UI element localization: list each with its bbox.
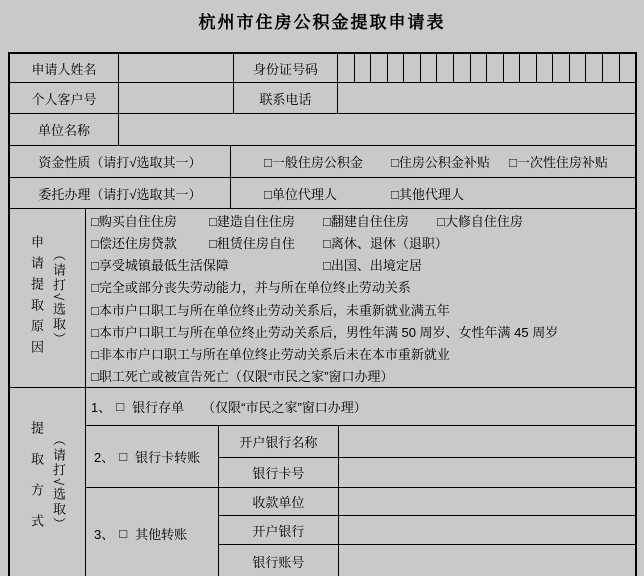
- reason-line: □购买自住住房 □建造自住住房 □翻建自住住房 □大修自住住房: [86, 209, 635, 231]
- method-3-checkbox[interactable]: □: [119, 526, 127, 541]
- method-3-fields: 收款单位 开户银行 银行账号: [218, 488, 635, 576]
- reasons-options: □购买自住住房 □建造自住住房 □翻建自住住房 □大修自住住房 □偿还住房贷款 …: [85, 209, 635, 387]
- bank-account-no-label: 银行账号: [219, 545, 338, 576]
- fund-nature-option-checkbox[interactable]: □一次性住房补贴: [509, 152, 608, 171]
- fund-nature-option-checkbox[interactable]: □一般住房公积金: [264, 152, 391, 171]
- reason-option-checkbox[interactable]: □租赁住房自住: [209, 233, 323, 252]
- entrust-option-checkbox[interactable]: □单位代理人: [264, 184, 391, 203]
- id-digit-box[interactable]: [420, 54, 437, 82]
- row-employer-name: 单位名称: [10, 113, 635, 145]
- method-label-text: 提取方式: [30, 421, 43, 545]
- reason-option-checkbox[interactable]: □完全或部分丧失劳动能力，并与所在单位终止劳动关系: [91, 277, 411, 296]
- field-row: 银行账号: [219, 544, 635, 576]
- row-fund-nature: 资金性质（请打√选取其一） □一般住房公积金 □住房公积金补贴 □一次性住房补贴: [10, 145, 635, 177]
- reason-line: □职工死亡或被宣告死亡（仅限“市民之家”窗口办理）: [86, 365, 635, 387]
- id-digit-box[interactable]: [552, 54, 569, 82]
- fund-nature-options: □一般住房公积金 □住房公积金补贴 □一次性住房补贴: [230, 146, 635, 177]
- entrust-option-checkbox[interactable]: □其他代理人: [391, 184, 464, 203]
- reason-option-checkbox[interactable]: □建造自住住房: [209, 211, 323, 230]
- method-2-checkbox[interactable]: □: [119, 449, 127, 464]
- reason-option-checkbox[interactable]: □离休、退休（退职）: [323, 233, 448, 252]
- id-number-boxes: [337, 54, 635, 82]
- id-digit-box[interactable]: [453, 54, 470, 82]
- contact-phone-value-cell[interactable]: [337, 83, 635, 113]
- reason-option-checkbox[interactable]: □翻建自住住房: [323, 211, 437, 230]
- row-entrust: 委托办理（请打√选取其一） □单位代理人 □其他代理人: [10, 177, 635, 208]
- reason-line: □完全或部分丧失劳动能力，并与所在单位终止劳动关系: [86, 276, 635, 298]
- row-customer-no: 个人客户号 联系电话: [10, 82, 635, 113]
- entrust-label: 委托办理（请打√选取其一）: [10, 178, 230, 208]
- entrust-options: □单位代理人 □其他代理人: [230, 178, 635, 208]
- applicant-name-label: 申请人姓名: [10, 54, 118, 82]
- bank-card-no-value-cell[interactable]: [338, 458, 635, 487]
- reason-option-checkbox[interactable]: □本市户口职工与所在单位终止劳动关系后，男性年满 50 周岁、女性年满 45 周…: [91, 322, 558, 341]
- reasons-vertical-label: 申请提取原因 （请打√选取）: [10, 209, 85, 387]
- applicant-name-value-cell[interactable]: [118, 54, 233, 82]
- reason-option-checkbox[interactable]: □购买自住住房: [91, 211, 209, 230]
- id-digit-box[interactable]: [338, 54, 354, 82]
- bank-name-label: 开户银行名称: [219, 426, 338, 457]
- method-1-checkbox[interactable]: □: [116, 399, 124, 414]
- id-digit-box[interactable]: [503, 54, 520, 82]
- method-3-name: 其他转账: [135, 524, 187, 543]
- id-digit-box[interactable]: [354, 54, 371, 82]
- method-hint-text: （请打√选取）: [52, 433, 65, 532]
- fund-nature-option-checkbox[interactable]: □住房公积金补贴: [391, 152, 509, 171]
- reason-option-checkbox[interactable]: □出国、出境定居: [323, 255, 422, 274]
- personal-customer-no-label: 个人客户号: [10, 83, 118, 113]
- method-bank-card-row: 2、 □ 银行卡转账 开户银行名称 银行卡号: [86, 425, 635, 487]
- method-3-number: 3、: [94, 524, 114, 543]
- payee-unit-label: 收款单位: [219, 488, 338, 515]
- id-digit-box[interactable]: [486, 54, 503, 82]
- reason-line: □非本市户口职工与所在单位终止劳动关系后未在本市重新就业: [86, 343, 635, 365]
- method-2-label: 2、 □ 银行卡转账: [86, 426, 218, 487]
- id-number-label: 身份证号码: [233, 54, 337, 82]
- row-applicant-name: 申请人姓名 身份证号码: [10, 54, 635, 82]
- method-2-name: 银行卡转账: [135, 447, 200, 466]
- method-3-label: 3、 □ 其他转账: [86, 488, 218, 576]
- bank-account-no-value-cell[interactable]: [338, 545, 635, 576]
- field-row: 银行卡号: [219, 457, 635, 487]
- opening-bank-value-cell[interactable]: [338, 516, 635, 545]
- method-options: 1、 □ 银行存单 （仅限“市民之家”窗口办理） 2、 □ 银行卡转账 开户银行…: [85, 388, 635, 576]
- contact-phone-label: 联系电话: [233, 83, 337, 113]
- method-2-fields: 开户银行名称 银行卡号: [218, 426, 635, 487]
- id-digit-box[interactable]: [370, 54, 387, 82]
- reasons-label-text: 申请提取原因: [30, 235, 43, 361]
- application-form-table: 申请人姓名 身份证号码 个人客户号 联系电话 单位名称 资金性质（请打√选取其一…: [8, 52, 637, 576]
- method-1-name: 银行存单: [132, 397, 184, 416]
- method-1-number: 1、: [91, 397, 111, 416]
- reasons-hint-text: （请打√选取）: [52, 248, 65, 347]
- reason-option-checkbox[interactable]: □职工死亡或被宣告死亡（仅限“市民之家”窗口办理）: [91, 366, 394, 385]
- field-row: 收款单位: [219, 488, 635, 515]
- id-digit-box[interactable]: [585, 54, 602, 82]
- reason-line: □本市户口职工与所在单位终止劳动关系后，未重新就业满五年: [86, 298, 635, 320]
- field-row: 开户银行名称: [219, 426, 635, 457]
- id-digit-box[interactable]: [470, 54, 487, 82]
- bank-card-no-label: 银行卡号: [219, 458, 338, 487]
- reason-option-checkbox[interactable]: □本市户口职工与所在单位终止劳动关系后，未重新就业满五年: [91, 300, 450, 319]
- payee-unit-value-cell[interactable]: [338, 488, 635, 515]
- reason-option-checkbox[interactable]: □偿还住房贷款: [91, 233, 209, 252]
- id-digit-box[interactable]: [436, 54, 453, 82]
- reason-option-checkbox[interactable]: □享受城镇最低生活保障: [91, 255, 323, 274]
- method-2-number: 2、: [94, 447, 114, 466]
- method-other-transfer-row: 3、 □ 其他转账 收款单位 开户银行 银行账号: [86, 487, 635, 576]
- id-digit-box[interactable]: [569, 54, 586, 82]
- reason-line: □本市户口职工与所在单位终止劳动关系后，男性年满 50 周岁、女性年满 45 周…: [86, 320, 635, 342]
- opening-bank-label: 开户银行: [219, 516, 338, 545]
- reason-line: □享受城镇最低生活保障 □出国、出境定居: [86, 254, 635, 276]
- id-digit-box[interactable]: [403, 54, 420, 82]
- method-1-note: （仅限“市民之家”窗口办理）: [202, 397, 367, 416]
- id-digit-box[interactable]: [619, 54, 636, 82]
- section-withdrawal-method: 提取方式 （请打√选取） 1、 □ 银行存单 （仅限“市民之家”窗口办理） 2、…: [10, 387, 635, 576]
- id-digit-box[interactable]: [519, 54, 536, 82]
- method-vertical-label: 提取方式 （请打√选取）: [10, 388, 85, 576]
- field-row: 开户银行: [219, 515, 635, 545]
- reason-option-checkbox[interactable]: □大修自住住房: [437, 211, 523, 230]
- id-digit-box[interactable]: [536, 54, 553, 82]
- bank-name-value-cell[interactable]: [338, 426, 635, 457]
- employer-name-value-cell[interactable]: [118, 114, 635, 145]
- id-digit-box[interactable]: [387, 54, 404, 82]
- id-digit-box[interactable]: [602, 54, 619, 82]
- section-withdrawal-reasons: 申请提取原因 （请打√选取） □购买自住住房 □建造自住住房 □翻建自住住房 □…: [10, 208, 635, 387]
- reason-option-checkbox[interactable]: □非本市户口职工与所在单位终止劳动关系后未在本市重新就业: [91, 344, 450, 363]
- fund-nature-label: 资金性质（请打√选取其一）: [10, 146, 230, 177]
- reason-line: □偿还住房贷款 □租赁住房自住 □离休、退休（退职）: [86, 231, 635, 253]
- employer-name-label: 单位名称: [10, 114, 118, 145]
- method-bank-deposit-row: 1、 □ 银行存单 （仅限“市民之家”窗口办理）: [86, 388, 635, 425]
- personal-customer-no-value-cell[interactable]: [118, 83, 233, 113]
- page-title: 杭州市住房公积金提取申请表: [0, 8, 644, 33]
